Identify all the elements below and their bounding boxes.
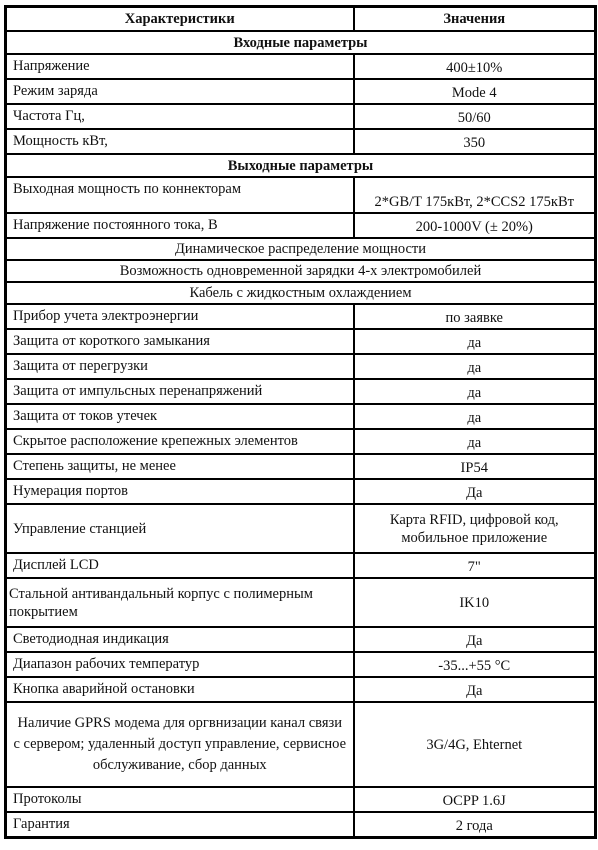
row-label: Выходная мощность по коннекторам (6, 177, 354, 213)
row-value: Да (354, 479, 596, 504)
table-row: Светодиодная индикация Да (6, 627, 596, 652)
row-value: Карта RFID, цифровой код, мобильное прил… (354, 504, 596, 553)
row-value: да (354, 404, 596, 429)
table-row: Режим заряда Mode 4 (6, 79, 596, 104)
table-row: Скрытое расположение крепежных элементов… (6, 429, 596, 454)
row-label: Дисплей LCD (6, 553, 354, 578)
table-row: Напряжение постоянного тока, В 200-1000V… (6, 213, 596, 238)
row-label: Протоколы (6, 787, 354, 812)
full-row-text: Динамическое распределение мощности (6, 238, 596, 260)
specifications-table: Характеристики Значения Входные параметр… (4, 5, 597, 839)
table-row: Защита от токов утечек да (6, 404, 596, 429)
row-label: Защита от импульсных перенапряжений (6, 379, 354, 404)
row-label: Прибор учета электроэнергии (6, 304, 354, 329)
header-characteristic: Характеристики (6, 7, 354, 32)
row-value: IK10 (354, 578, 596, 627)
table-row: Напряжение 400±10% (6, 54, 596, 79)
header-value: Значения (354, 7, 596, 32)
table-row: Гарантия 2 года (6, 812, 596, 838)
row-label: Стальной антивандальный корпус с полимер… (6, 578, 354, 627)
table-row: Управление станцией Карта RFID, цифровой… (6, 504, 596, 553)
table-row: Выходная мощность по коннекторам 2*GB/T … (6, 177, 596, 213)
row-label: Мощность кВт, (6, 129, 354, 154)
row-label: Светодиодная индикация (6, 627, 354, 652)
row-value: 7" (354, 553, 596, 578)
table-row: Защита от импульсных перенапряжений да (6, 379, 596, 404)
row-label: Защита от перегрузки (6, 354, 354, 379)
row-value: Да (354, 627, 596, 652)
row-label: Наличие GPRS модема для оргвнизации кана… (6, 702, 354, 787)
section-input-title: Входные параметры (6, 31, 596, 54)
row-label: Гарантия (6, 812, 354, 838)
row-label: Защита от токов утечек (6, 404, 354, 429)
row-value: да (354, 379, 596, 404)
row-value: IP54 (354, 454, 596, 479)
row-value: 350 (354, 129, 596, 154)
table-row: Защита от перегрузки да (6, 354, 596, 379)
table-row: Диапазон рабочих температур -35...+55 °C (6, 652, 596, 677)
full-width-row: Возможность одновременной зарядки 4-х эл… (6, 260, 596, 282)
row-value: 200-1000V (± 20%) (354, 213, 596, 238)
table-header-row: Характеристики Значения (6, 7, 596, 32)
section-input-row: Входные параметры (6, 31, 596, 54)
row-label: Кнопка аварийной остановки (6, 677, 354, 702)
row-label: Напряжение постоянного тока, В (6, 213, 354, 238)
table-row: Кнопка аварийной остановки Да (6, 677, 596, 702)
row-label: Режим заряда (6, 79, 354, 104)
full-width-row: Кабель с жидкостным охлаждением (6, 282, 596, 304)
row-label: Степень защиты, не менее (6, 454, 354, 479)
row-value: да (354, 354, 596, 379)
row-value: по заявке (354, 304, 596, 329)
row-label: Скрытое расположение крепежных элементов (6, 429, 354, 454)
row-label: Частота Гц, (6, 104, 354, 129)
table-row: Протоколы OCPP 1.6J (6, 787, 596, 812)
row-value: 50/60 (354, 104, 596, 129)
table-row: Стальной антивандальный корпус с полимер… (6, 578, 596, 627)
row-value: -35...+55 °C (354, 652, 596, 677)
table-row: Степень защиты, не менее IP54 (6, 454, 596, 479)
table-row: Прибор учета электроэнергии по заявке (6, 304, 596, 329)
row-label: Нумерация портов (6, 479, 354, 504)
row-value: да (354, 329, 596, 354)
row-label: Диапазон рабочих температур (6, 652, 354, 677)
row-label: Управление станцией (6, 504, 354, 553)
row-value: OCPP 1.6J (354, 787, 596, 812)
table-row: Нумерация портов Да (6, 479, 596, 504)
row-value: да (354, 429, 596, 454)
table-row: Наличие GPRS модема для оргвнизации кана… (6, 702, 596, 787)
section-output-title: Выходные параметры (6, 154, 596, 177)
row-label: Защита от короткого замыкания (6, 329, 354, 354)
row-value: 3G/4G, Ehternet (354, 702, 596, 787)
section-output-row: Выходные параметры (6, 154, 596, 177)
table-row: Мощность кВт, 350 (6, 129, 596, 154)
row-value: 400±10% (354, 54, 596, 79)
row-label: Напряжение (6, 54, 354, 79)
table-row: Дисплей LCD 7" (6, 553, 596, 578)
full-row-text: Возможность одновременной зарядки 4-х эл… (6, 260, 596, 282)
row-value: Mode 4 (354, 79, 596, 104)
table-row: Частота Гц, 50/60 (6, 104, 596, 129)
full-width-row: Динамическое распределение мощности (6, 238, 596, 260)
row-value: 2*GB/T 175кВт, 2*CCS2 175кВт (354, 177, 596, 213)
table-row: Защита от короткого замыкания да (6, 329, 596, 354)
row-value: Да (354, 677, 596, 702)
full-row-text: Кабель с жидкостным охлаждением (6, 282, 596, 304)
row-value: 2 года (354, 812, 596, 838)
